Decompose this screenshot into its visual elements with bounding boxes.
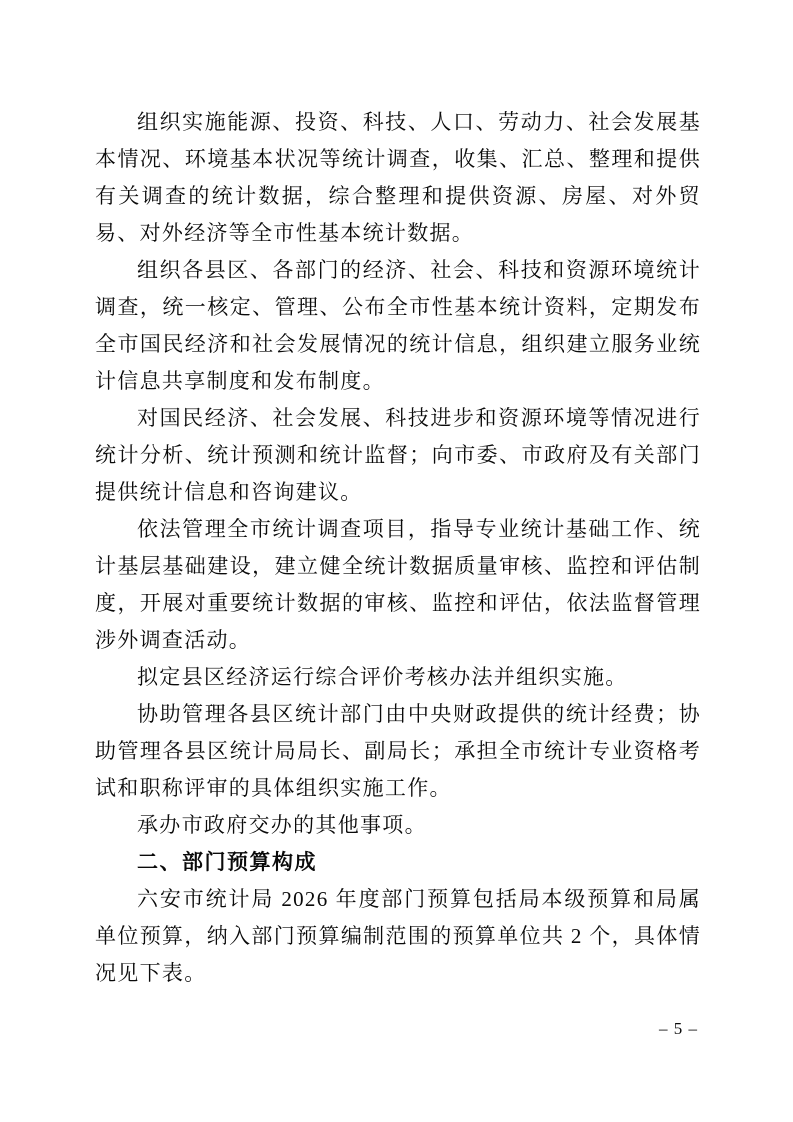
paragraph-duty-statistics-surveys: 组织实施能源、投资、科技、人口、劳动力、社会发展基本情况、环境基本状况等统计调查… xyxy=(95,104,701,252)
paragraph-duty-survey-projects: 依法管理全市统计调查项目，指导专业统计基础工作、统计基层基础建设，建立健全统计数… xyxy=(95,511,701,659)
document-page: 组织实施能源、投资、科技、人口、劳动力、社会发展基本情况、环境基本状况等统计调查… xyxy=(0,0,793,1122)
paragraph-duty-other-matters: 承办市政府交办的其他事项。 xyxy=(95,807,701,844)
document-body: 组织实施能源、投资、科技、人口、劳动力、社会发展基本情况、环境基本状况等统计调查… xyxy=(95,104,701,992)
paragraph-duty-evaluation-measures: 拟定县区经济运行综合评价考核办法并组织实施。 xyxy=(95,659,701,696)
page-number: – 5 – xyxy=(659,1019,698,1038)
section-heading-budget-composition: 二、部门预算构成 xyxy=(95,844,701,881)
page-footer: – 5 – xyxy=(659,1018,698,1040)
paragraph-budget-overview: 六安市统计局 2026 年度部门预算包括局本级预算和局属单位预算，纳入部门预算编… xyxy=(95,881,701,992)
paragraph-duty-analysis-forecast: 对国民经济、社会发展、科技进步和资源环境等情况进行统计分析、统计预测和统计监督；… xyxy=(95,400,701,511)
paragraph-duty-county-statistics: 组织各县区、各部门的经济、社会、科技和资源环境统计调查，统一核定、管理、公布全市… xyxy=(95,252,701,400)
paragraph-duty-funds-personnel: 协助管理各县区统计部门由中央财政提供的统计经费；协助管理各县区统计局局长、副局长… xyxy=(95,696,701,807)
